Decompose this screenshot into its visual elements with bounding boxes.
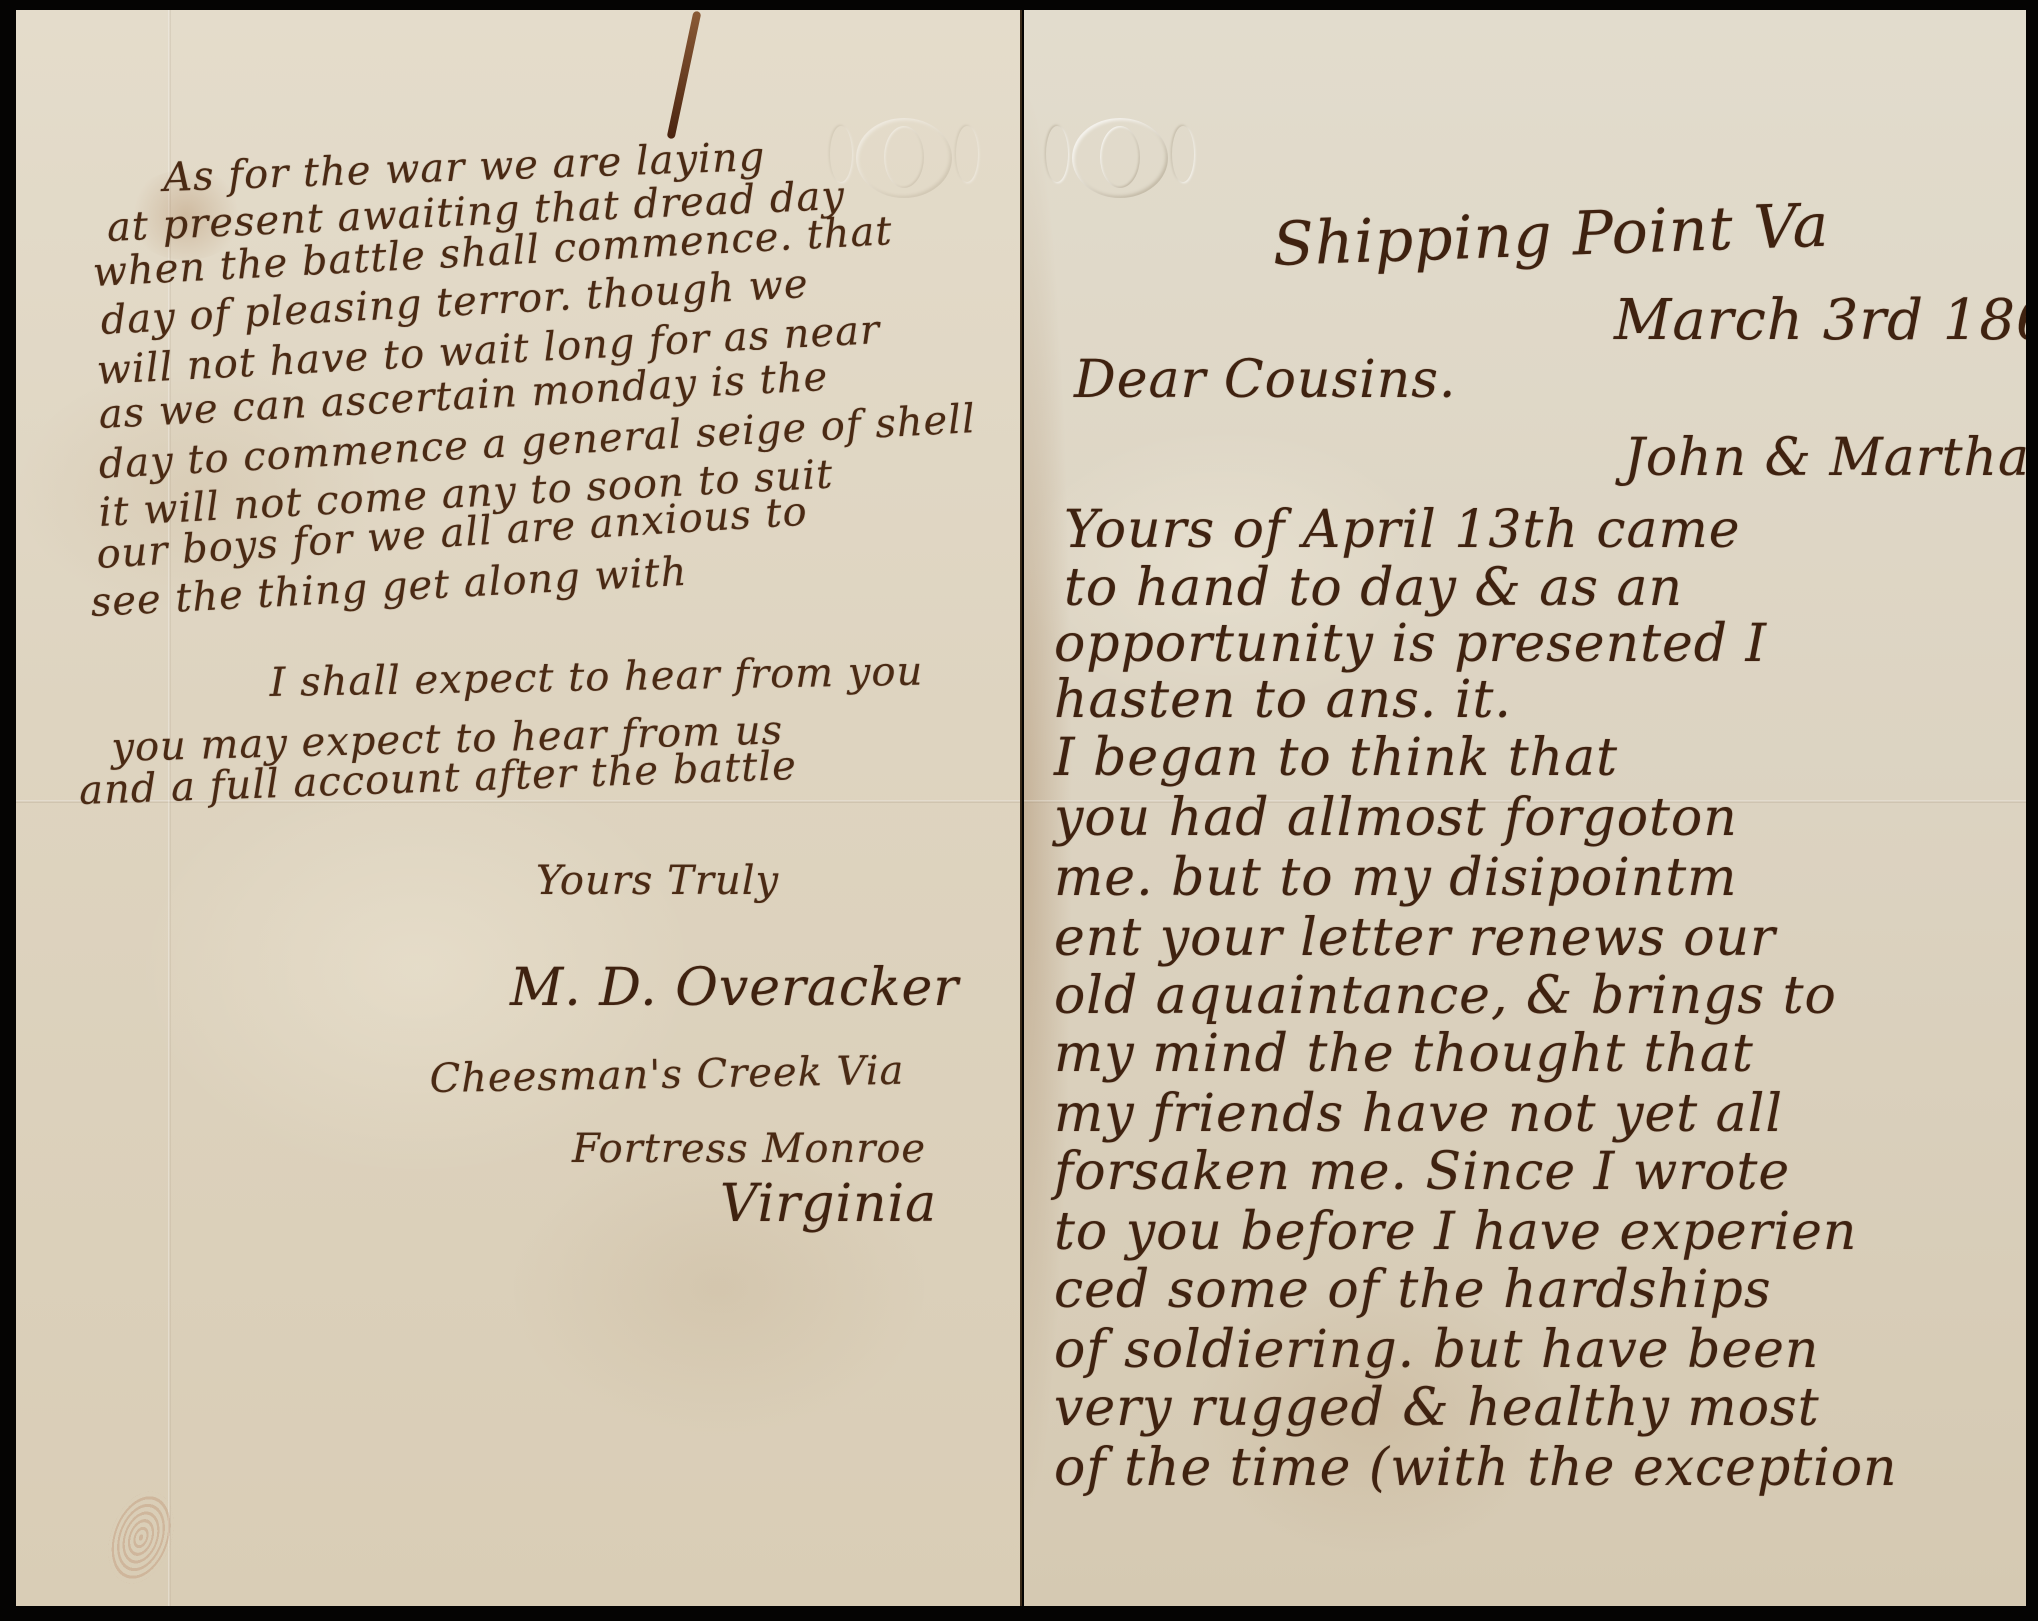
address-line: Cheesman's Creek Via bbox=[429, 1048, 905, 1102]
ink-stroke bbox=[667, 11, 702, 140]
letter-line: I began to think that bbox=[1054, 728, 1618, 788]
address-line: Fortress Monroe bbox=[572, 1126, 926, 1172]
letter-line: hasten to ans. it. bbox=[1054, 670, 1512, 730]
letter-place: Shipping Point Va bbox=[1272, 191, 1831, 280]
letter-line: forsaken me. Since I wrote bbox=[1054, 1142, 1790, 1202]
letter-line: ent your letter renews our bbox=[1054, 908, 1776, 968]
fingerprint-smudge bbox=[97, 1483, 186, 1593]
left-page: As for the war we are laying at present … bbox=[16, 10, 1020, 1606]
letter-line: you had allmost forgoton bbox=[1054, 788, 1738, 848]
right-page: Shipping Point Va March 3rd 1862 Dear Co… bbox=[1024, 10, 2026, 1606]
letter-line: to hand to day & as an bbox=[1064, 558, 1683, 618]
address-line: Virginia bbox=[720, 1174, 937, 1234]
addressees: John & Martha bbox=[1624, 428, 2026, 488]
salutation: Dear Cousins. bbox=[1074, 350, 1456, 410]
embossed-monogram-icon bbox=[1072, 118, 1168, 198]
letter-date: March 3rd 1862 bbox=[1614, 288, 2026, 353]
letter-line: to you before I have experien bbox=[1054, 1202, 1857, 1262]
letter-line: very rugged & healthy most bbox=[1054, 1378, 1820, 1438]
closing: Yours Truly bbox=[536, 858, 779, 904]
letter-line: of soldiering. but have been bbox=[1054, 1320, 1819, 1380]
signature: M. D. Overacker bbox=[510, 958, 959, 1018]
letter-line: of the time (with the exception bbox=[1054, 1438, 1898, 1498]
letter-line: I shall expect to hear from you bbox=[269, 649, 923, 706]
letter-line: Yours of April 13th came bbox=[1064, 500, 1741, 560]
letter-line: my friends have not yet all bbox=[1054, 1084, 1783, 1144]
letter-line: my mind the thought that bbox=[1054, 1024, 1754, 1084]
letter-line: opportunity is presented I bbox=[1054, 614, 1767, 674]
page-fold bbox=[1020, 10, 1022, 1606]
letter-line: old aquaintance, & brings to bbox=[1054, 966, 1837, 1026]
letter-line: me. but to my disipointm bbox=[1054, 848, 1737, 908]
letter-line: ced some of the hardships bbox=[1054, 1260, 1772, 1320]
embossed-monogram-icon bbox=[856, 118, 952, 198]
